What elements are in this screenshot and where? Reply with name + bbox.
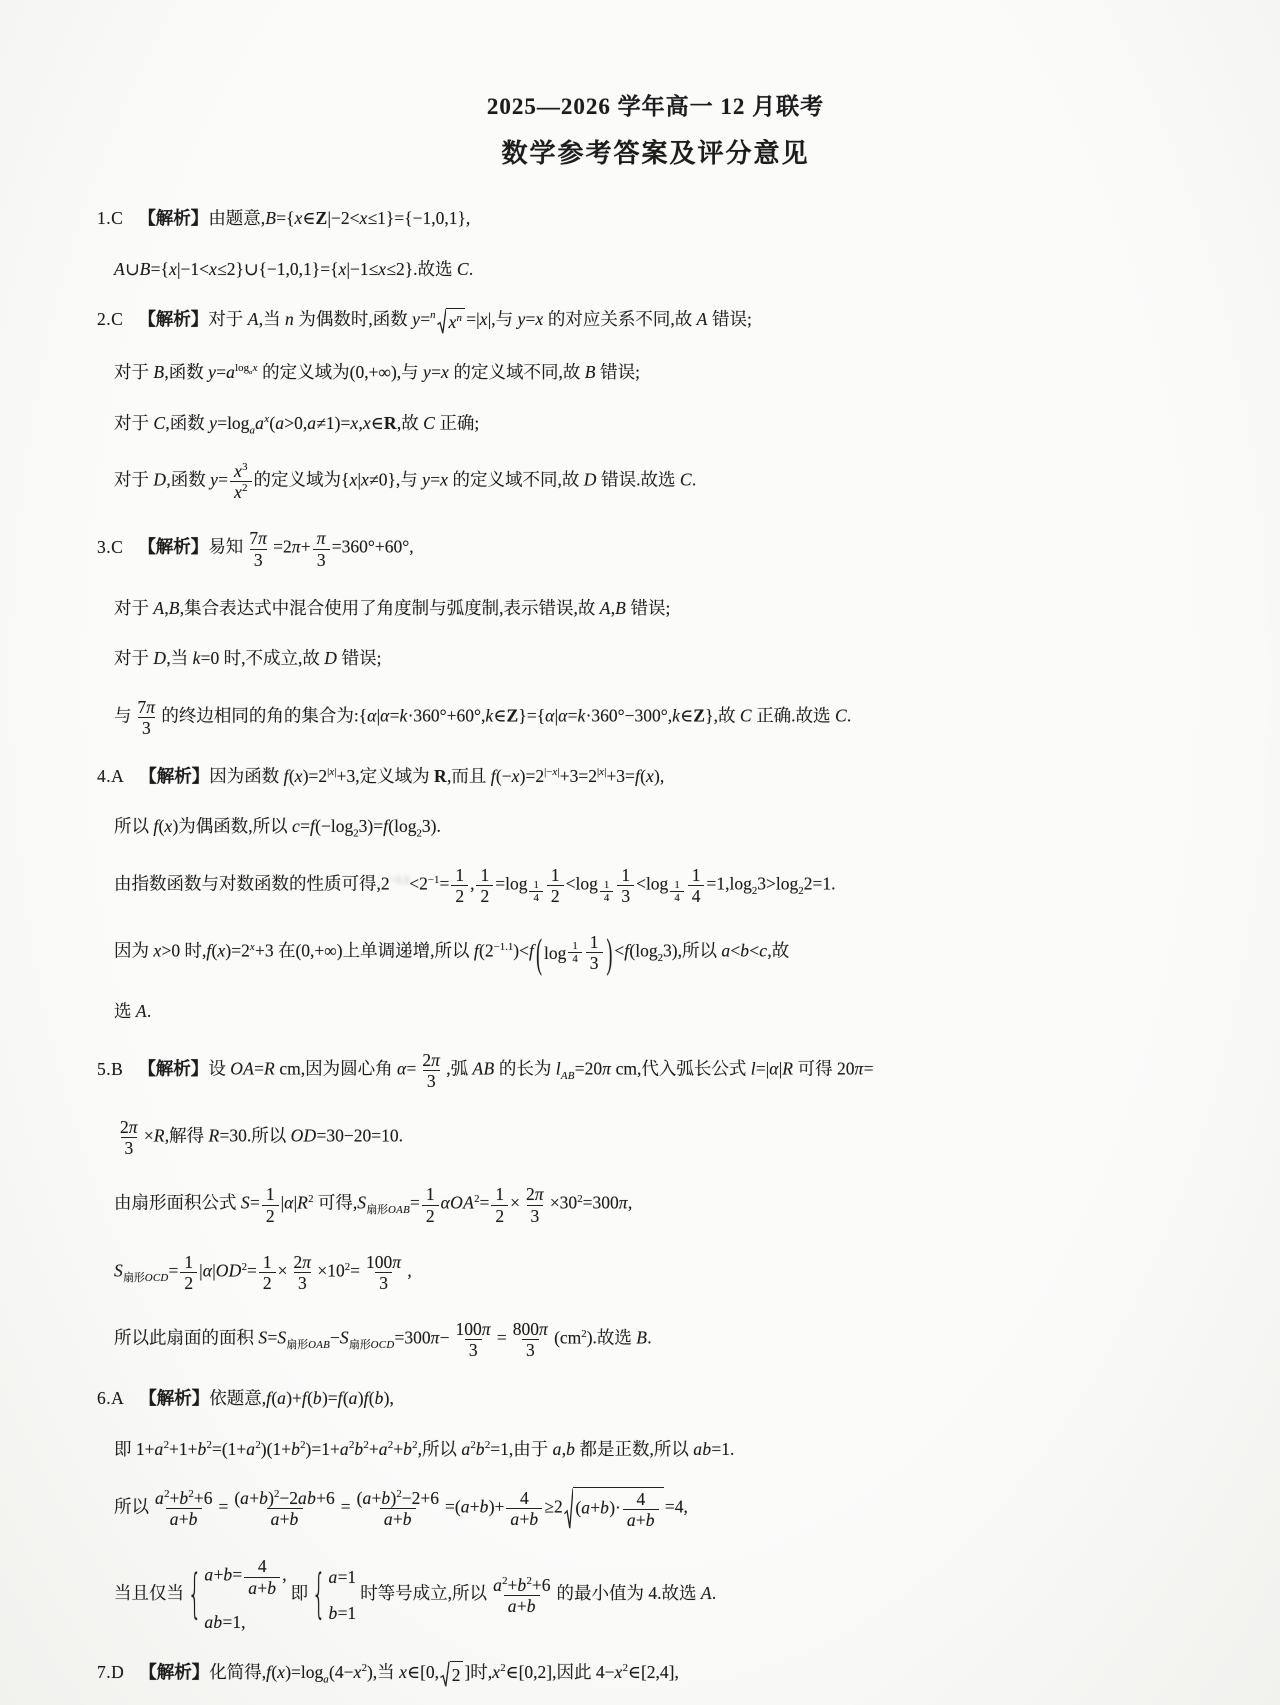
answer-item: 3.C【解析】易知7π3=2π+π3=360°+60°,对于 A,B,集合表达式… — [97, 528, 1214, 738]
answer-line: 1.C【解析】由题意,B={x∈Z|−2<x≤1}={−1,0,1}, — [97, 206, 1214, 231]
radical-sign — [564, 1487, 574, 1530]
answer-line: 2.C【解析】对于 A,当 n 为偶数时,函数 y=nxn=|x|,与 y=x … — [97, 307, 1214, 334]
document-page: 2025—2026 学年高一 12 月联考 数学参考答案及评分意见 1.C【解析… — [0, 0, 1280, 1705]
answer-line: 由扇形面积公式 S=12|α|R2 可得,S扇形OAB=12αOA2=12×2π… — [97, 1184, 1214, 1225]
answer-number: 4.A — [97, 766, 124, 786]
answer-number: 3.C — [97, 537, 123, 557]
answer-number: 7.D — [97, 1662, 124, 1682]
answer-line: 对于 A,B,集合表达式中混合使用了角度制与弧度制,表示错误,故 A,B 错误; — [97, 596, 1214, 621]
answer-line: 所以a2+b2+6a+b=(a+b)2−2ab+6a+b=(a+b)2−2+6a… — [97, 1487, 1214, 1530]
answer-item: 7.D【解析】化简得,f(x)=loga(4−x2),当 x∈[0,2]时,x2… — [97, 1660, 1214, 1687]
answer-line: 对于 B,函数 y=alogax 的定义域为(0,+∞),与 y=x 的定义域不… — [97, 360, 1214, 385]
answer-item: 4.A【解析】因为函数 f(x)=2|x|+3,定义域为 R,而且 f(−x)=… — [97, 764, 1214, 1024]
answers-title: 数学参考答案及评分意见 — [97, 133, 1214, 170]
answer-item: 5.B【解析】设 OA=R cm,因为圆心角 α=2π3,弧 AB 的长为 lA… — [97, 1050, 1214, 1360]
answer-line: 由指数函数与对数函数的性质可得,2−1.1<2−1=12,12=log1412<… — [97, 865, 1214, 906]
answer-number: 1.C — [97, 208, 123, 228]
answer-line: 3.C【解析】易知7π3=2π+π3=360°+60°, — [97, 528, 1214, 569]
radical-sign — [437, 308, 447, 335]
answer-line: 2π3×R,解得 R=30.所以 OD=30−20=10. — [97, 1117, 1214, 1158]
answer-number: 6.A — [97, 1388, 124, 1408]
answer-number: 5.B — [97, 1059, 123, 1079]
page-header: 2025—2026 学年高一 12 月联考 数学参考答案及评分意见 — [97, 88, 1214, 170]
answer-number: 2.C — [97, 309, 123, 329]
answer-line: 所以此扇面的面积 S=S扇形OAB−S扇形OCD=300π−100π3=800π… — [97, 1319, 1214, 1360]
radical-sign — [440, 1661, 450, 1688]
answer-line: S扇形OCD=12|α|OD2=12×2π3×102=100π3, — [97, 1252, 1214, 1293]
answer-line: A∪B={x|−1<x≤2}∪{−1,0,1}={x|−1≤x≤2}.故选 C. — [97, 257, 1214, 282]
answer-line: 对于 D,当 k=0 时,不成立,故 D 错误; — [97, 646, 1214, 671]
answer-line: 7.D【解析】化简得,f(x)=loga(4−x2),当 x∈[0,2]时,x2… — [97, 1660, 1214, 1687]
answer-line: 4.A【解析】因为函数 f(x)=2|x|+3,定义域为 R,而且 f(−x)=… — [97, 764, 1214, 789]
answer-line: 6.A【解析】依题意,f(a)+f(b)=f(a)f(b), — [97, 1386, 1214, 1411]
answer-line: 即 1+a2+1+b2=(1+a2)(1+b2)=1+a2b2+a2+b2,所以… — [97, 1437, 1214, 1462]
answer-line: 对于 C,函数 y=logaax(a>0,a≠1)=x,x∈R,故 C 正确; — [97, 411, 1214, 436]
exam-title: 2025—2026 学年高一 12 月联考 — [97, 88, 1214, 121]
answer-line: 与7π3的终边相同的角的集合为:{α|α=k·360°+60°,k∈Z}={α|… — [97, 697, 1214, 738]
answer-line: 5.B【解析】设 OA=R cm,因为圆心角 α=2π3,弧 AB 的长为 lA… — [97, 1050, 1214, 1091]
answer-item: 2.C【解析】对于 A,当 n 为偶数时,函数 y=nxn=|x|,与 y=x … — [97, 307, 1214, 502]
answer-item: 6.A【解析】依题意,f(a)+f(b)=f(a)f(b),即 1+a2+1+b… — [97, 1386, 1214, 1634]
ink-smudge: −1.1 — [390, 874, 410, 894]
answer-line: 选 A. — [97, 999, 1214, 1024]
answer-line: 所以 f(x)为偶函数,所以 c=f(−log23)=f(log23). — [97, 814, 1214, 839]
answer-item: 1.C【解析】由题意,B={x∈Z|−2<x≤1}={−1,0,1},A∪B={… — [97, 206, 1214, 281]
answer-line: 当且仅当{a+b=4a+b,ab=1,即{a=1b=1时等号成立,所以a2+b2… — [97, 1556, 1214, 1634]
answer-line: 因为 x>0 时,f(x)=2x+3 在(0,+∞)上单调递增,所以 f(2−1… — [97, 932, 1214, 973]
answers-list: 1.C【解析】由题意,B={x∈Z|−2<x≤1}={−1,0,1},A∪B={… — [97, 206, 1214, 1687]
answer-line: 对于 D,函数 y=x3x2的定义域为{x|x≠0},与 y=x 的定义域不同,… — [97, 461, 1214, 502]
